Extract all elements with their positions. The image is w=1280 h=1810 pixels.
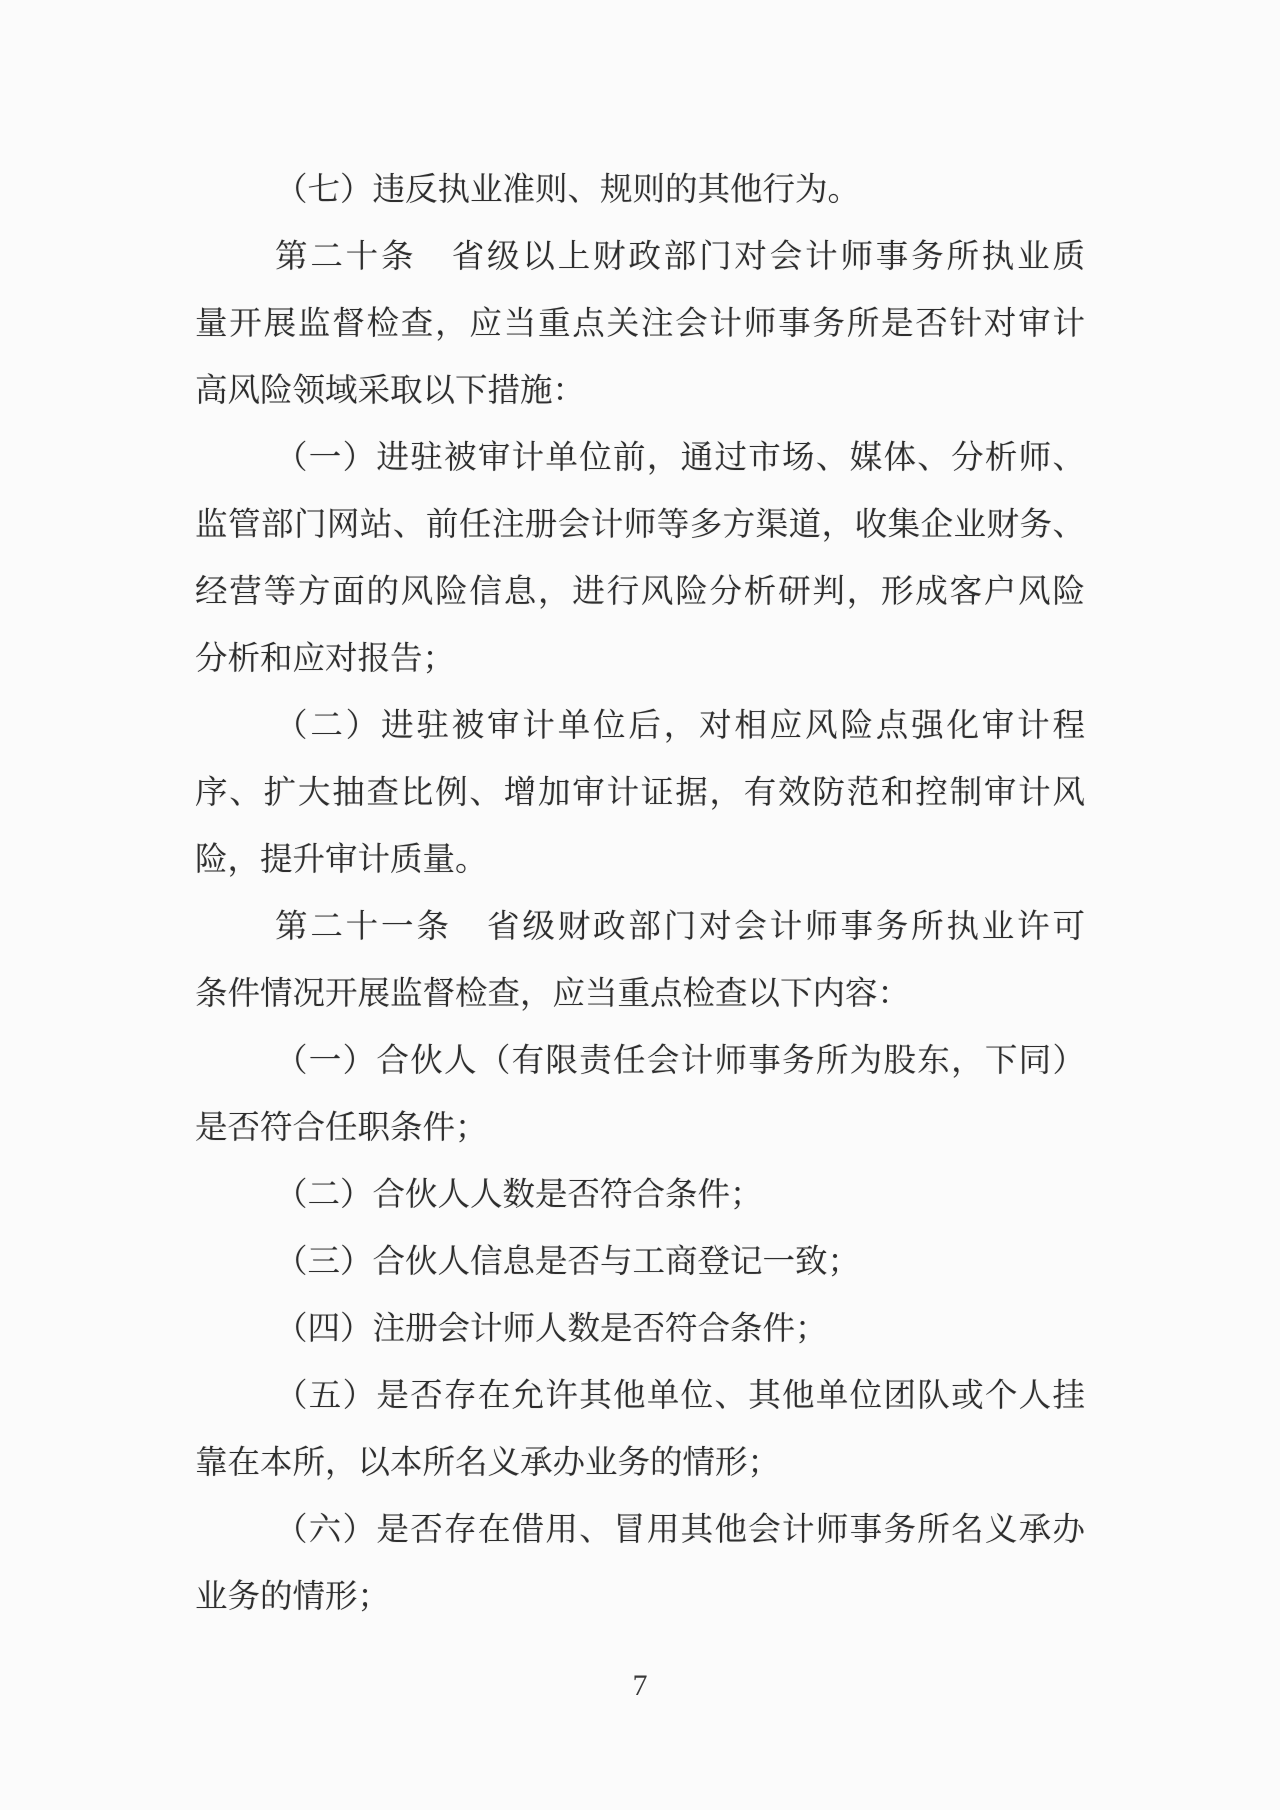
text-line-article-20-heading: 第二十条 省级以上财政部门对会计师事务所执业质 (195, 224, 1085, 291)
document-page: （七）违反执业准则、规则的其他行为。 第二十条 省级以上财政部门对会计师事务所执… (0, 0, 1280, 1709)
text-line: 量开展监督检查，应当重点关注会计师事务所是否针对审计 (195, 291, 1085, 358)
text-line: 经营等方面的风险信息，进行风险分析研判，形成客户风险 (195, 559, 1085, 626)
text-line: （二）合伙人人数是否符合条件； (195, 1162, 1085, 1229)
text-line: （六）是否存在借用、冒用其他会计师事务所名义承办 (195, 1497, 1085, 1564)
text-line: 监管部门网站、前任注册会计师等多方渠道，收集企业财务、 (195, 492, 1085, 559)
text-line: 业务的情形； (195, 1564, 1085, 1631)
text-line: （七）违反执业准则、规则的其他行为。 (195, 157, 1085, 224)
text-line: 序、扩大抽查比例、增加审计证据，有效防范和控制审计风 (195, 760, 1085, 827)
text-line: （四）注册会计师人数是否符合条件； (195, 1296, 1085, 1363)
text-line-article-21-heading: 第二十一条 省级财政部门对会计师事务所执业许可 (195, 894, 1085, 961)
text-line: （二）进驻被审计单位后，对相应风险点强化审计程 (195, 693, 1085, 760)
text-line: （三）合伙人信息是否与工商登记一致； (195, 1229, 1085, 1296)
text-line: 高风险领域采取以下措施： (195, 358, 1085, 425)
text-line: 险，提升审计质量。 (195, 827, 1085, 894)
text-line: 条件情况开展监督检查，应当重点检查以下内容： (195, 961, 1085, 1028)
text-line: （一）进驻被审计单位前，通过市场、媒体、分析师、 (195, 425, 1085, 492)
page-number: 7 (195, 1663, 1085, 1709)
text-line: 分析和应对报告； (195, 626, 1085, 693)
text-line: 靠在本所，以本所名义承办业务的情形； (195, 1430, 1085, 1497)
text-line: （五）是否存在允许其他单位、其他单位团队或个人挂 (195, 1363, 1085, 1430)
text-line: （一）合伙人（有限责任会计师事务所为股东，下同） (195, 1028, 1085, 1095)
text-line: 是否符合任职条件； (195, 1095, 1085, 1162)
